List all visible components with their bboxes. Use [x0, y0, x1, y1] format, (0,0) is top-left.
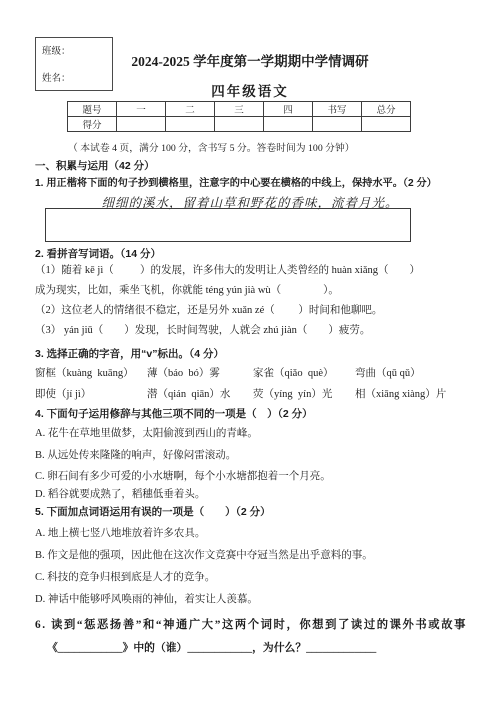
q4-option-d: D. 稻谷就要成熟了，稻穗低垂着头。: [35, 488, 475, 502]
q3-row2: 即使（jí jì） 潜（qián qiān）水 荧（yíng yín）光 相（x…: [35, 388, 475, 402]
score-table-cell: 三: [215, 102, 264, 117]
q3-word-choice: 家雀（qiǎo què）: [253, 367, 355, 381]
score-empty-cell: [362, 117, 411, 132]
score-table-cell: 二: [166, 102, 215, 117]
q2-item1-line1: （1）随着 kē jì（ ）的发展，许多伟大的发明让人类曾经的 huàn xiǎ…: [35, 264, 475, 278]
q3-word-choice: 荧（yíng yín）光: [253, 388, 355, 402]
q3-word-choice: 薄（báo bó）雾: [147, 367, 253, 381]
q5-option-b: B. 作文是他的强项，因此他在这次作文竞赛中夺冠当然是出乎意料的事。: [35, 549, 475, 563]
q1-copy-box: [45, 208, 411, 242]
exam-note: （ 本试卷 4 页，满分 100 分，含书写 5 分。答卷时间为 100 分钟）: [68, 140, 488, 154]
q5-prompt: 5. 下面加点词语运用有误的一项是（ ）（2 分）: [35, 505, 475, 519]
q2-item2: （2）这位老人的情绪很不稳定，还是另外 xuǎn zé（ ）时间和他聊吧。: [35, 304, 475, 318]
page-subtitle: 四年级语文: [0, 80, 500, 100]
q4-option-c: C. 卵石间有多少可爱的小水塘啊，每个小水塘都抱着一个月亮。: [35, 470, 475, 484]
score-table-header-row: 题号 一 二 三 四 书写 总分: [68, 102, 411, 117]
q3-word-choice: 潜（qián qiān）水: [147, 388, 253, 402]
score-table-cell: 总分: [362, 102, 411, 117]
q3-row1: 窗框（kuàng kuāng） 薄（báo bó）雾 家雀（qiǎo què） …: [35, 367, 475, 381]
exam-paper-page: 班级： 姓名： 2024-2025 学年度第一学期期中学情调研 四年级语文 题号…: [0, 0, 500, 707]
score-table-cell: 书写: [313, 102, 362, 117]
q2-item1-line2: 成为现实，比如，乘坐飞机，你就能 téng yún jià wù（ ）。: [35, 284, 475, 298]
q4-option-a: A. 花牛在草地里做梦，太阳偷渡到西山的青峰。: [35, 427, 475, 441]
q1-prompt: 1. 用正楷将下面的句子抄到横格里，注意字的中心要在横格的中线上，保持水平。（2…: [35, 177, 475, 191]
score-table-score-row: 得分: [68, 117, 411, 132]
q4-prompt: 4. 下面句子运用修辞与其他三项不同的一项是（ ）（2 分）: [35, 407, 475, 421]
q2-prompt: 2. 看拼音写词语。（14 分）: [35, 247, 475, 261]
page-title: 2024-2025 学年度第一学期期中学情调研: [0, 50, 500, 70]
score-empty-cell: [166, 117, 215, 132]
score-table-cell: 题号: [68, 102, 117, 117]
score-table: 题号 一 二 三 四 书写 总分 得分: [67, 101, 411, 132]
section1-heading: 一、积累与运用（42 分）: [35, 159, 475, 173]
q6-prompt-line1: 6. 读到“惩恶扬善”和“神通广大”这两个词时，你想到了读过的课外书或故事: [35, 618, 475, 632]
q3-word-choice: 相（xiāng xiàng）片: [355, 388, 475, 402]
score-empty-cell: [215, 117, 264, 132]
q5-option-c: C. 科技的竞争归根到底是人才的竞争。: [35, 571, 475, 585]
q3-word-choice: 弯曲（qū qǔ）: [355, 367, 475, 381]
q6-prompt-line2: 《____________》中的（谁）____________，为什么？____…: [47, 641, 487, 655]
q5-option-a: A. 地上横七竖八地堆放着许多农具。: [35, 527, 475, 541]
score-empty-cell: [313, 117, 362, 132]
q4-option-b: B. 从远处传来隆隆的响声，好像闷雷滚动。: [35, 449, 475, 463]
score-empty-cell: [117, 117, 166, 132]
score-table-cell: 一: [117, 102, 166, 117]
q2-item3: （3） yán jiū（ ）发现，长时间驾驶，人就会 zhú jiàn（ ）疲劳…: [35, 324, 475, 338]
score-label-cell: 得分: [68, 117, 117, 132]
score-table-cell: 四: [264, 102, 313, 117]
q3-word-choice: 窗框（kuàng kuāng）: [35, 367, 147, 381]
q3-prompt: 3. 选择正确的字音，用“v”标出。（4 分）: [35, 347, 475, 361]
q3-word-choice: 即使（jí jì）: [35, 388, 147, 402]
q5-option-d: D. 神话中能够呼风唤雨的神仙，着实让人羡慕。: [35, 593, 475, 607]
score-empty-cell: [264, 117, 313, 132]
